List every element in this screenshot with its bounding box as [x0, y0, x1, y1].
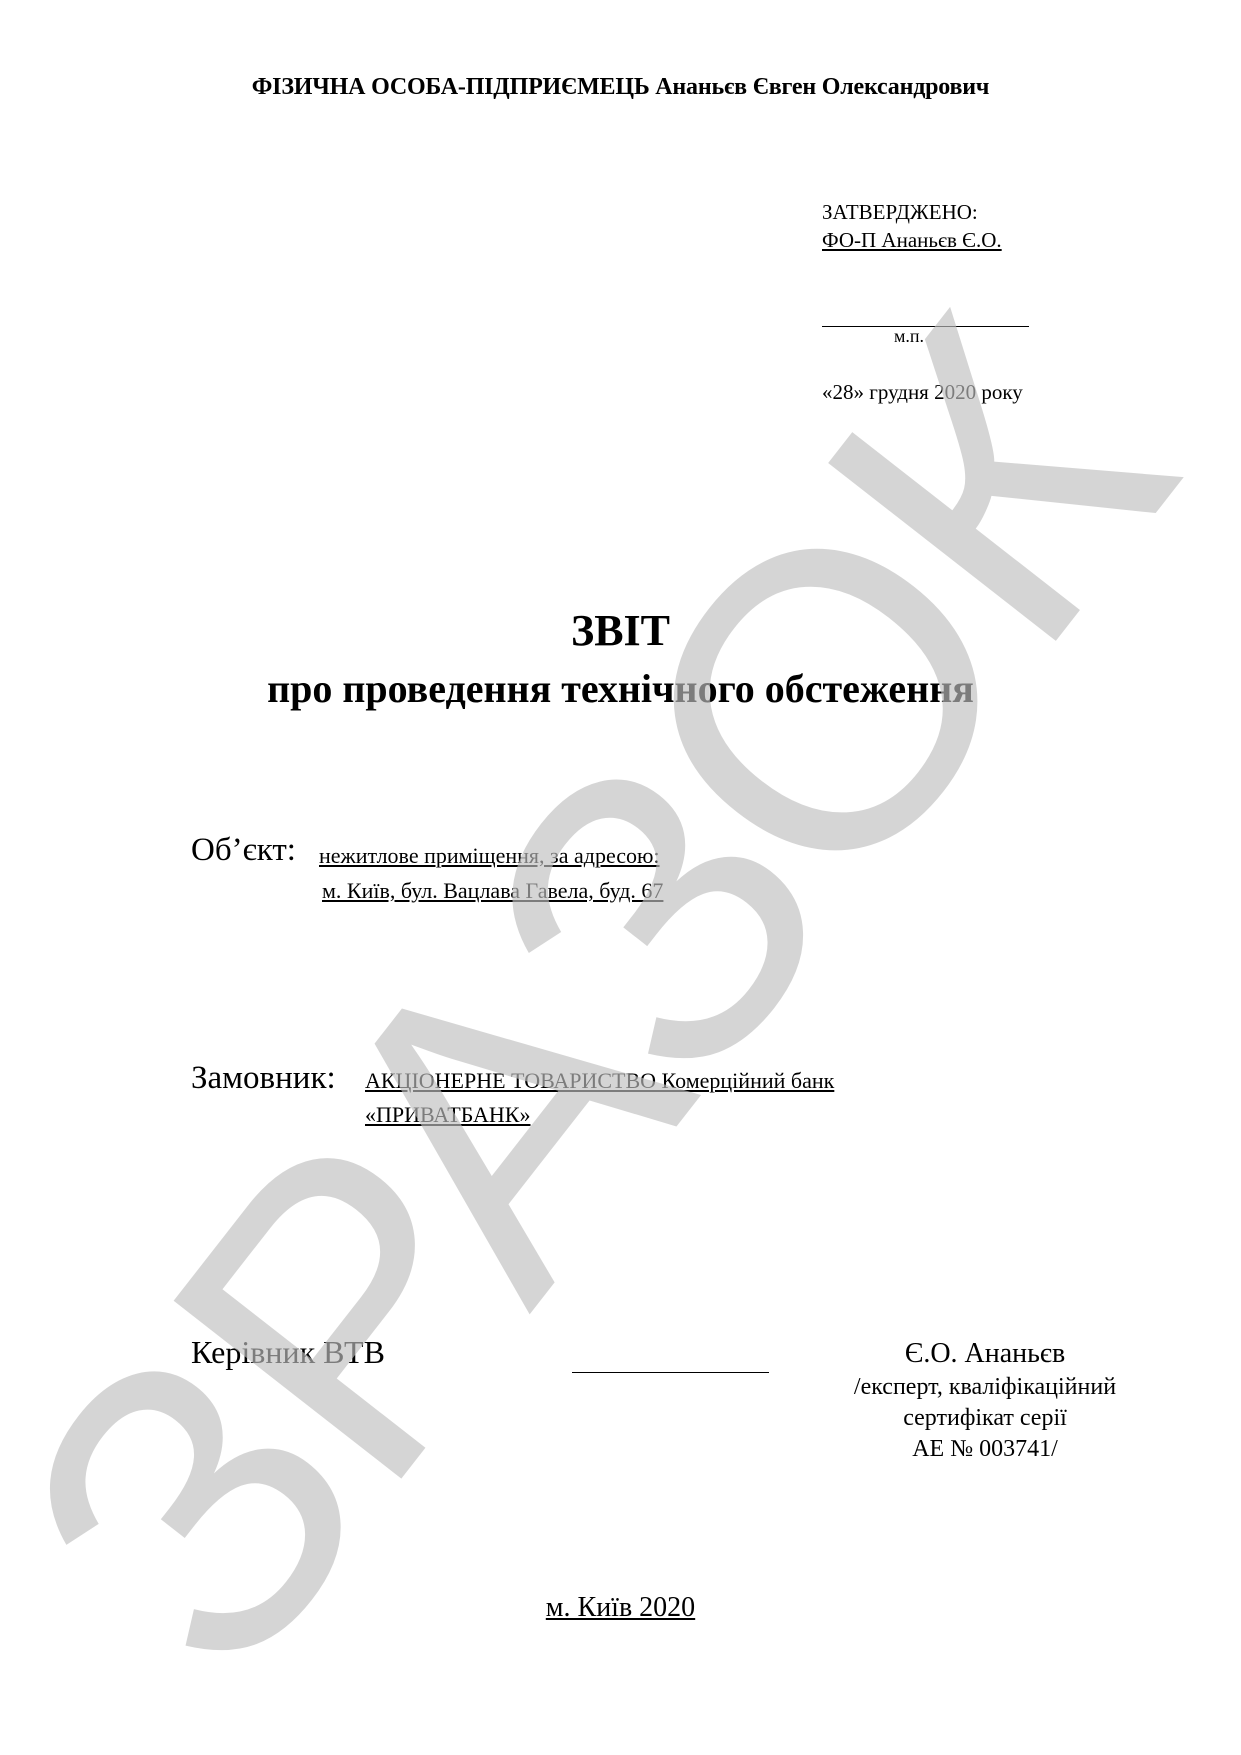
report-subtitle: про проведення технічного обстеження	[0, 665, 1241, 712]
credential-line: АЕ № 003741/	[820, 1434, 1150, 1465]
signatory-block: Є.О. Ананьєв /експерт, кваліфікаційний с…	[820, 1338, 1150, 1465]
organization-header: ФІЗИЧНА ОСОБА-ПІДПРИЄМЕЦЬ Ананьєв Євген …	[0, 74, 1241, 101]
customer-name-line2: «ПРИВАТБАНК»	[365, 1102, 530, 1128]
report-title: ЗВІТ	[0, 605, 1241, 656]
credential-line: сертифікат серії	[820, 1403, 1150, 1434]
approved-label: ЗАТВЕРДЖЕНО:	[822, 198, 1002, 226]
approver-name: ФО-П Ананьєв Є.О.	[822, 226, 1002, 254]
stamp-label: м.п.	[894, 326, 924, 347]
signatory-name: Є.О. Ананьєв	[820, 1338, 1150, 1370]
object-address: м. Київ, бул. Вацлава Гавела, буд. 67	[322, 878, 663, 904]
credential-line: /експерт, кваліфікаційний	[820, 1372, 1150, 1403]
signatory-role: Керівник ВТВ	[191, 1334, 385, 1371]
signatory-signature-line	[572, 1352, 769, 1373]
approval-signature-line	[822, 306, 1029, 327]
customer-label: Замовник:	[191, 1060, 336, 1097]
object-label: Об’єкт:	[191, 832, 296, 869]
object-description: нежитлове приміщення, за адресою:	[319, 843, 660, 869]
footer: м. Київ 2020	[0, 1592, 1241, 1624]
approval-block: ЗАТВЕРДЖЕНО: ФО-П Ананьєв Є.О.	[822, 198, 1002, 254]
approval-date: «28» грудня 2020 року	[822, 380, 1023, 405]
sample-watermark: ЗРАЗОК	[0, 245, 1241, 1755]
customer-name-line1: АКЦІОНЕРНЕ ТОВАРИСТВО Комерційний банк	[365, 1068, 834, 1094]
place-year: м. Київ 2020	[546, 1592, 695, 1623]
